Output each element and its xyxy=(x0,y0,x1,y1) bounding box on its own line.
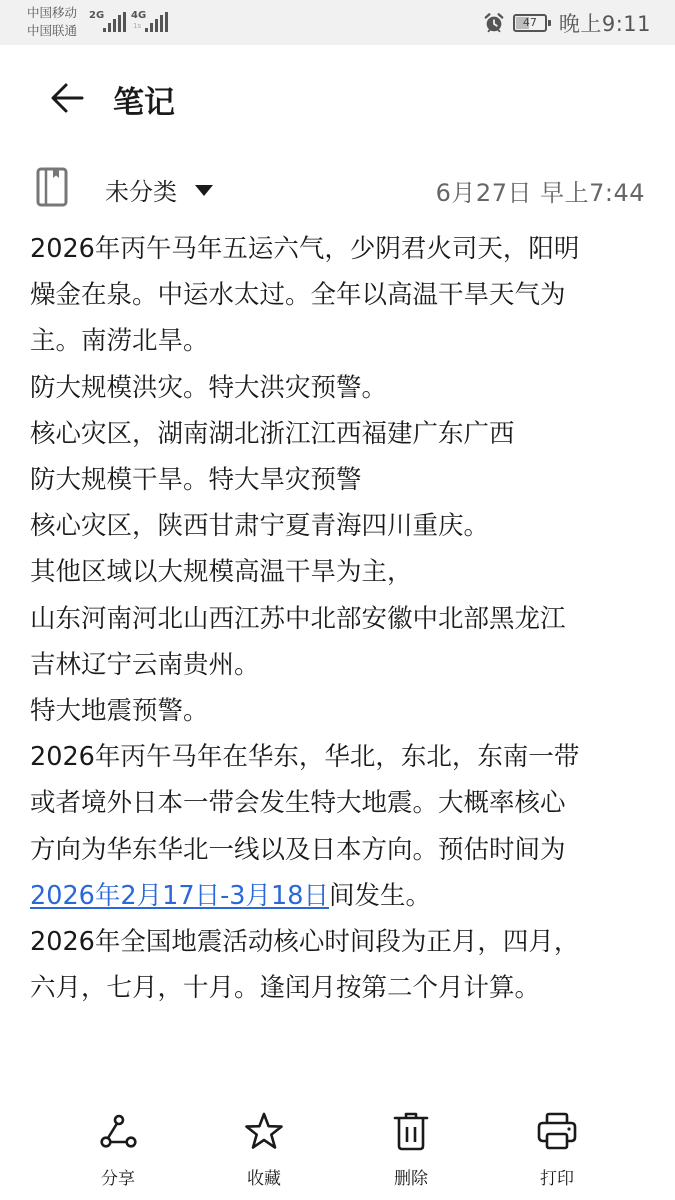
back-button[interactable] xyxy=(44,75,90,121)
sim2-network-type: 4G xyxy=(131,10,146,21)
note-content[interactable]: 2026年丙午马年五运六气，少阴君火司天，阳明 燥金在泉。中运水太过。全年以高温… xyxy=(30,226,650,1011)
date-link[interactable]: 2026年2月17日-3月18日 xyxy=(30,881,329,911)
star-icon xyxy=(243,1111,285,1153)
category-dropdown[interactable]: 未分类 xyxy=(105,172,213,207)
favorite-button[interactable]: 收藏 xyxy=(219,1111,309,1189)
note-meta: 未分类 6月27日 早上7:44 xyxy=(0,158,675,218)
alarm-icon xyxy=(483,12,505,34)
page-title: 笔记 xyxy=(113,77,175,122)
carrier-2: 中国联通 xyxy=(27,22,77,40)
note-line: 2026年2月17日-3月18日间发生。 xyxy=(30,873,650,919)
note-line: 防大规模洪灾。特大洪灾预警。 xyxy=(30,365,650,411)
signal-bars-icon xyxy=(103,12,127,32)
note-timestamp: 6月27日 早上7:44 xyxy=(436,173,645,208)
note-line: 防大规模干旱。特大旱灾预警 xyxy=(30,457,650,503)
note-line: 六月，七月，十月。逢闰月按第二个月计算。 xyxy=(30,965,650,1011)
print-button[interactable]: 打印 xyxy=(512,1111,602,1189)
note-line: 2026年丙午马年在华东，华北，东北，东南一带 xyxy=(30,734,650,780)
favorite-label: 收藏 xyxy=(247,1164,281,1189)
sim1-network-type: 2G xyxy=(89,10,104,21)
note-line: 核心灾区，湖南湖北浙江江西福建广东广西 xyxy=(30,411,650,457)
carrier-1: 中国移动 xyxy=(27,4,77,22)
share-button[interactable]: 分享 xyxy=(73,1111,163,1189)
bottom-toolbar: 分享 收藏 删除 打印 xyxy=(0,1105,675,1200)
note-line: 方向为华东华北一线以及日本方向。预估时间为 xyxy=(30,827,650,873)
delete-label: 删除 xyxy=(394,1164,428,1189)
arrow-left-icon xyxy=(49,80,85,116)
note-line: 燥金在泉。中运水太过。全年以高温干旱天气为 xyxy=(30,272,650,318)
print-label: 打印 xyxy=(540,1164,574,1189)
note-line: 山东河南河北山西江苏中北部安徽中北部黑龙江 xyxy=(30,596,650,642)
note-line: 主。南涝北旱。 xyxy=(30,318,650,364)
note-line: 2026年全国地震活动核心时间段为正月，四月， xyxy=(30,919,650,965)
status-clock: 晚上9:11 xyxy=(559,8,651,38)
note-line: 2026年丙午马年五运六气，少阴君火司天，阳明 xyxy=(30,226,650,272)
note-line: 或者境外日本一带会发生特大地震。大概率核心 xyxy=(30,780,650,826)
printer-icon xyxy=(536,1111,578,1153)
notebook-icon xyxy=(36,167,68,207)
carrier-names: 中国移动 中国联通 xyxy=(27,4,77,40)
category-label: 未分类 xyxy=(105,172,177,207)
app-header: 笔记 xyxy=(0,45,675,155)
battery-level: 47 xyxy=(523,16,537,29)
status-bar: 中国移动 中国联通 2G 4G 1s 4 xyxy=(0,0,675,45)
share-icon xyxy=(97,1111,139,1153)
note-line: 吉林辽宁云南贵州。 xyxy=(30,642,650,688)
delete-button[interactable]: 删除 xyxy=(366,1111,456,1189)
caret-down-icon xyxy=(195,185,213,196)
note-line: 特大地震预警。 xyxy=(30,688,650,734)
signal-bars-icon xyxy=(145,12,169,32)
trash-icon xyxy=(390,1111,432,1153)
share-label: 分享 xyxy=(101,1164,135,1189)
note-line: 其他区域以大规模高温干旱为主， xyxy=(30,549,650,595)
battery-icon: 47 xyxy=(513,14,547,32)
date-link-suffix: 间发生。 xyxy=(329,881,431,911)
note-line: 核心灾区，陕西甘肃宁夏青海四川重庆。 xyxy=(30,503,650,549)
sim2-sub-label: 1s xyxy=(133,22,141,30)
status-right: 47 晚上9:11 xyxy=(483,0,651,45)
